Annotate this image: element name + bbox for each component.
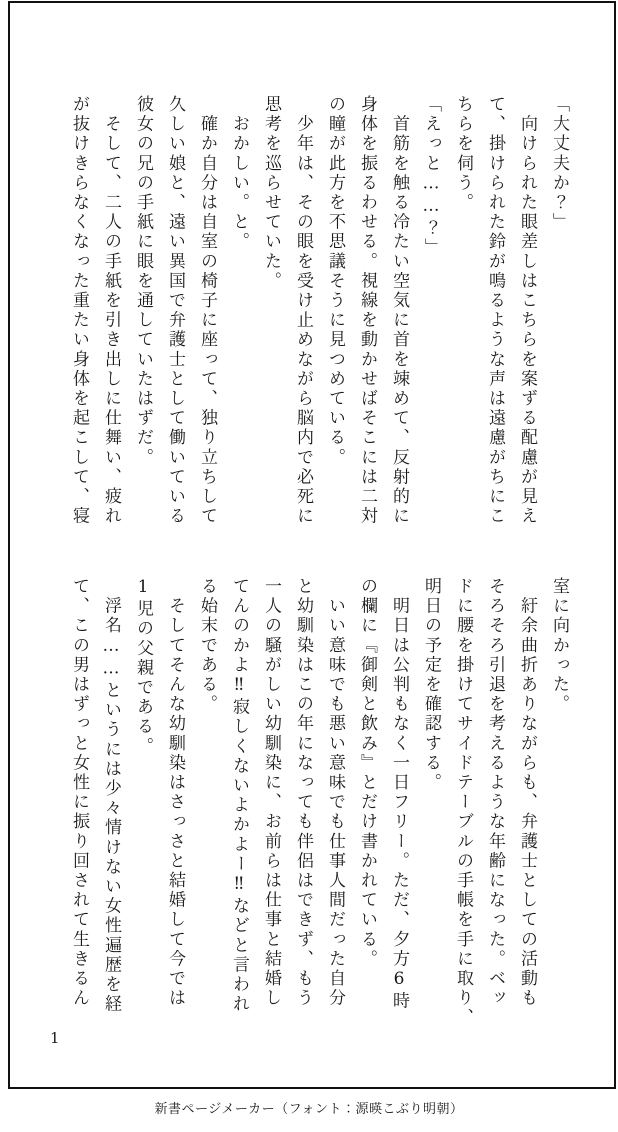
text-column: 向けられた眼差しはこちらを案ずる配慮が見え bbox=[511, 95, 543, 519]
text-column: て、掛けられた鈴が鳴るような声は遠慮がちにこ bbox=[479, 95, 511, 519]
top-text-block: 「大丈夫か？」 向けられた眼差しはこちらを案ずる配慮が見え て、掛けられた鈴が鳴… bbox=[63, 95, 575, 519]
text-column: 紆余曲折ありながらも、弁護士としての活動も bbox=[511, 577, 543, 1001]
text-column: と幼馴染はこの年になっても伴侶はできず、もう bbox=[287, 577, 319, 1001]
text-column: ちらを伺う。 bbox=[447, 95, 479, 519]
text-column: そろそろ引退を考えるような年齢になった。ベッ bbox=[479, 577, 511, 1001]
text-column: 「えっと……？」 bbox=[415, 95, 447, 519]
text-column: てんのかよ‼寂しくないよかよー‼などと言われ bbox=[223, 577, 255, 1001]
page-frame: 「大丈夫か？」 向けられた眼差しはこちらを案ずる配慮が見え て、掛けられた鈴が鳴… bbox=[8, 1, 616, 1089]
text-column: て、この男はずっと女性に振り回されて生きるん bbox=[63, 577, 95, 1001]
text-column: 明日は公判もなく一日フリー。ただ、夕方6時 bbox=[383, 577, 415, 1001]
text-column: 「大丈夫か？」 bbox=[543, 95, 575, 519]
text-column: 久しい娘と、遠い異国で弁護士として働いている bbox=[159, 95, 191, 519]
text-column: 1児の父親である。 bbox=[127, 577, 159, 1001]
text-column: そして、二人の手紙を引き出しに仕舞い、疲れ bbox=[95, 95, 127, 519]
text-column: 首筋を触る冷たい空気に首を竦めて、反射的に bbox=[383, 95, 415, 519]
page-number: 1 bbox=[50, 1029, 60, 1047]
text-column: ドに腰を掛けてサイドテーブルの手帳を手に取り、 bbox=[447, 577, 479, 1001]
text-column: が抜けきらなくなった重たい身体を起こして、寝 bbox=[63, 95, 95, 519]
bottom-text-block: 室に向かった。 紆余曲折ありながらも、弁護士としての活動も そろそろ引退を考える… bbox=[63, 577, 575, 1001]
text-column: いい意味でも悪い意味でも仕事人間だった自分 bbox=[319, 577, 351, 1001]
text-column: 確か自分は自室の椅子に座って、独り立ちして bbox=[191, 95, 223, 519]
footer-caption: 新書ページメーカー（フォント：源暎こぶり明朝） bbox=[0, 1098, 618, 1117]
text-column: 彼女の兄の手紙に眼を通していたはずだ。 bbox=[127, 95, 159, 519]
text-column: 思考を巡らせていた。 bbox=[255, 95, 287, 519]
text-column: 身体を振るわせる。視線を動かせばそこには二対 bbox=[351, 95, 383, 519]
text-column: の欄に『御剣と飲み』とだけ書かれている。 bbox=[351, 577, 383, 1001]
novel-page-screenshot: 「大丈夫か？」 向けられた眼差しはこちらを案ずる配慮が見え て、掛けられた鈴が鳴… bbox=[0, 0, 618, 1132]
text-column: の瞳が此方を不思議そうに見つめている。 bbox=[319, 95, 351, 519]
text-column: 明日の予定を確認する。 bbox=[415, 577, 447, 1001]
text-column: 室に向かった。 bbox=[543, 577, 575, 1001]
text-column: 一人の騒がしい幼馴染に、お前らは仕事と結婚し bbox=[255, 577, 287, 1001]
text-column: 少年は、その眼を受け止めながら脳内で必死に bbox=[287, 95, 319, 519]
text-column: る始末である。 bbox=[191, 577, 223, 1001]
text-column: そしてそんな幼馴染はさっさと結婚して今では bbox=[159, 577, 191, 1001]
text-column: 浮名……というには少々情けない女性遍歴を経 bbox=[95, 577, 127, 1001]
text-column: おかしい。と。 bbox=[223, 95, 255, 519]
